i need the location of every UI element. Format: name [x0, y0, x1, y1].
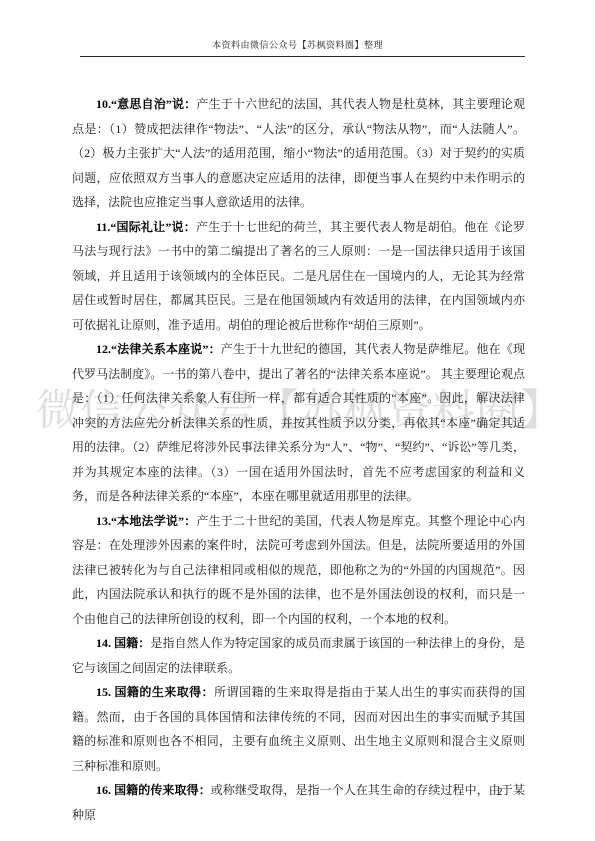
paragraph-15: 15. 国籍的生来取得：所谓国籍的生来取得是指由于某人出生的事实而获得的国籍。然… [72, 680, 525, 778]
header-divider [80, 56, 525, 57]
term-heading-16: 16. 国籍的传来取得： [96, 783, 211, 797]
paragraph-13: 13.“本地法学说”：产生于二十世纪的美国，代表人物是库克。其整个理论中心内容是… [72, 509, 525, 632]
paragraph-11: 11.“国际礼让”说：产生于十七世纪的荷兰，其主要代表人物是胡伯。他在《论罗马法… [72, 215, 525, 338]
page-number: 2 [497, 786, 503, 798]
paragraph-10-text: 产生于十六世纪的法国，其代表人物是杜莫林，其主要理论观点是：（1）赞成把法律作“… [72, 97, 525, 209]
paragraph-12: 12.“法律关系本座说”：产生于十九世纪的德国，其代表人物是萨维尼。他在《现代罗… [72, 337, 525, 509]
paragraph-11-text: 产生于十七世纪的荷兰，其主要代表人物是胡伯。他在《论罗马法与现行法》一书中的第二… [72, 220, 525, 332]
term-heading-11: 11.“国际礼让”说： [96, 220, 196, 234]
paragraph-10: 10.“意思自治”说：产生于十六世纪的法国，其代表人物是杜莫林，其主要理论观点是… [72, 92, 525, 215]
document-page: 本资料由微信公众号【苏枫资料圈】整理 微信公众号【苏枫资料圈】 10.“意思自治… [0, 0, 595, 841]
page-header-text: 本资料由微信公众号【苏枫资料圈】整理 [0, 38, 595, 51]
paragraph-16: 16. 国籍的传来取得：或称继受取得，是指一个人在其生命的存续过程中，由于某种原 [72, 778, 525, 827]
document-body: 10.“意思自治”说：产生于十六世纪的法国，其代表人物是杜莫林，其主要理论观点是… [72, 92, 525, 827]
paragraph-13-text: 产生于二十世纪的美国，代表人物是库克。其整个理论中心内容是：在处理涉外因素的案件… [72, 514, 525, 626]
paragraph-14: 14. 国籍：是指自然人作为特定国家的成员而隶属于该国的一种法律上的身份，是它与… [72, 631, 525, 680]
term-heading-14: 14. 国籍： [96, 636, 150, 650]
term-heading-10: 10.“意思自治”说： [96, 97, 196, 111]
term-heading-15: 15. 国籍的生来取得： [96, 685, 214, 699]
term-heading-12: 12.“法律关系本座说”： [96, 342, 221, 356]
paragraph-12-text: 产生于十九世纪的德国，其代表人物是萨维尼。他在《现代罗马法制度》。一书的第八卷中… [72, 342, 525, 503]
term-heading-13: 13.“本地法学说”： [96, 514, 196, 528]
